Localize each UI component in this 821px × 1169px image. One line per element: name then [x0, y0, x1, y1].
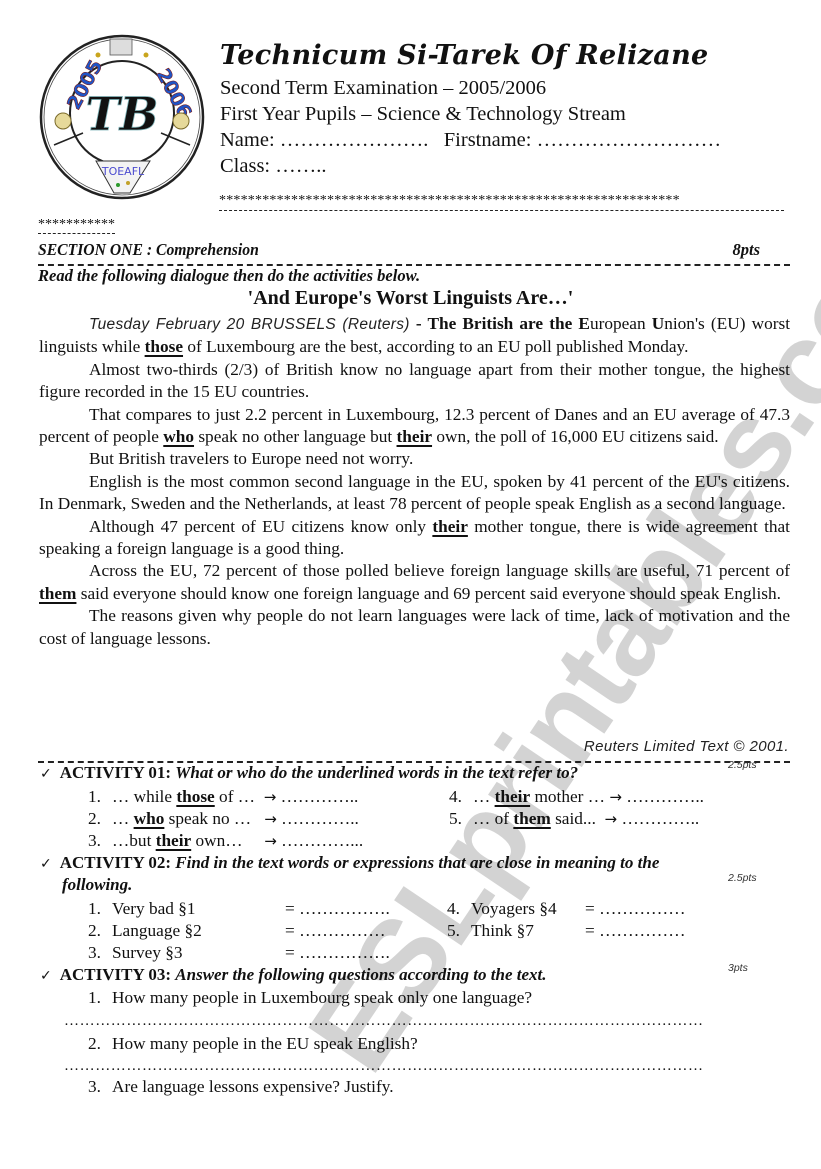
- answer-blank[interactable]: …………..: [281, 787, 359, 806]
- arrow-icon: →: [609, 788, 622, 806]
- answer-line[interactable]: ……………………………………………………………………………………………………………: [64, 1058, 772, 1075]
- activity-2-heading-cont: following.: [62, 875, 132, 895]
- paragraph-5: English is the most common second langua…: [39, 471, 790, 516]
- underlined-ref-them: them: [39, 584, 76, 603]
- header-divider-stars: ****************************************…: [219, 193, 784, 211]
- activity-2-points: 2.5pts: [728, 872, 757, 884]
- activity-3-question-2: 2.How many people in the EU speak Englis…: [88, 1034, 418, 1054]
- activity-1-item-2: 2.… who speak no … → …………..: [88, 809, 359, 829]
- answer-blank[interactable]: = …………….: [285, 943, 390, 963]
- arrow-icon: →: [264, 810, 277, 828]
- section-points: 8pts: [732, 240, 760, 260]
- answer-blank[interactable]: …………...: [281, 831, 363, 850]
- underlined-ref-their-2: their: [432, 517, 468, 536]
- answer-blank[interactable]: …………..: [626, 787, 704, 806]
- paragraph-6: Although 47 percent of EU citizens know …: [39, 516, 790, 561]
- activity-3-points: 3pts: [728, 962, 748, 974]
- firstname-field[interactable]: Firstname: ………………………: [444, 129, 721, 151]
- activity-2-item-2: 2.Language §2: [88, 921, 202, 941]
- answer-blank[interactable]: = ……………: [285, 921, 385, 941]
- activity-3-question-1: 1.How many people in Luxembourg speak on…: [88, 988, 532, 1008]
- exam-page: ESLprintables.com 2005 2006 TB TOEAFL Te…: [0, 0, 821, 1169]
- svg-text:TB: TB: [85, 87, 158, 141]
- article-credit: Reuters Limited Text © 2001.: [584, 738, 789, 755]
- activity-1-item-4: 4.… their mother … → …………..: [449, 787, 704, 807]
- activity-1-item-5: 5.… of them said... → …………..: [449, 809, 699, 829]
- paragraph-2: Almost two-thirds (2/3) of British know …: [39, 359, 790, 404]
- answer-blank[interactable]: …………..: [281, 809, 359, 828]
- activity-3-heading: ✓ACTIVITY 03: Answer the following quest…: [40, 965, 547, 985]
- name-row: Name: …………………. Firstname: ………………………: [220, 129, 721, 152]
- underlined-ref-their: their: [397, 427, 433, 446]
- answer-blank[interactable]: = ……………: [585, 899, 685, 919]
- activity-3-question-3: 3.Are language lessons expensive? Justif…: [88, 1077, 394, 1097]
- checkmark-icon: ✓: [40, 766, 52, 782]
- paragraph-7: Across the EU, 72 percent of those polle…: [39, 560, 790, 605]
- underlined-ref-who: who: [163, 427, 194, 446]
- class-stream: First Year Pupils – Science & Technology…: [220, 103, 626, 126]
- class-field[interactable]: Class: ……..: [220, 155, 327, 178]
- activity-2-item-3: 3.Survey §3: [88, 943, 183, 963]
- activity-2-item-5: 5.Think §7: [447, 921, 534, 941]
- svg-text:TOEAFL: TOEAFL: [101, 165, 145, 178]
- dateline: Tuesday February 20 BRUSSELS (Reuters: [89, 316, 404, 333]
- exam-title: Second Term Examination – 2005/2006: [220, 77, 546, 100]
- paragraph-4: But British travelers to Europe need not…: [39, 448, 790, 470]
- school-title: Technicum Si-Tarek Of Relizane: [220, 40, 708, 71]
- article-body: Tuesday February 20 BRUSSELS (Reuters) -…: [39, 313, 790, 650]
- activity-2-item-4: 4.Voyagers §4: [447, 899, 557, 919]
- article-title: 'And Europe's Worst Linguists Are…': [0, 287, 821, 310]
- checkmark-icon: ✓: [40, 856, 52, 872]
- arrow-icon: →: [264, 832, 277, 850]
- paragraph-1: Tuesday February 20 BRUSSELS (Reuters) -…: [39, 313, 790, 359]
- answer-blank[interactable]: = …………….: [285, 899, 390, 919]
- school-logo-icon: 2005 2006 TB TOEAFL: [38, 33, 206, 201]
- name-field[interactable]: Name: ………………….: [220, 129, 428, 151]
- underlined-ref-those: those: [145, 337, 183, 356]
- activity-1-item-3: 3.…but their own… → …………...: [88, 831, 363, 851]
- section-instruction: Read the following dialogue then do the …: [38, 266, 420, 286]
- checkmark-icon: ✓: [40, 968, 52, 984]
- activity-2-heading: ✓ACTIVITY 02: Find in the text words or …: [40, 853, 659, 873]
- answer-blank[interactable]: = ……………: [585, 921, 685, 941]
- activity-1-heading: ✓ACTIVITY 01: What or who do the underli…: [40, 763, 578, 783]
- paragraph-3: That compares to just 2.2 percent in Lux…: [39, 404, 790, 449]
- arrow-icon: →: [264, 788, 277, 806]
- activity-1-points: 2.5pts: [728, 759, 757, 771]
- left-divider-stars: ***********: [38, 217, 115, 234]
- answer-blank[interactable]: …………..: [621, 809, 699, 828]
- activity-1-item-1: 1.… while those of … → …………..: [88, 787, 358, 807]
- arrow-icon: →: [605, 810, 618, 828]
- paragraph-8: The reasons given why people do not lear…: [39, 605, 790, 650]
- section-title: SECTION ONE : Comprehension: [38, 240, 259, 260]
- activity-2-item-1: 1.Very bad §1: [88, 899, 196, 919]
- answer-line[interactable]: ……………………………………………………………………………………………………………: [64, 1013, 772, 1030]
- section-header: SECTION ONE : Comprehension 8pts: [38, 240, 790, 266]
